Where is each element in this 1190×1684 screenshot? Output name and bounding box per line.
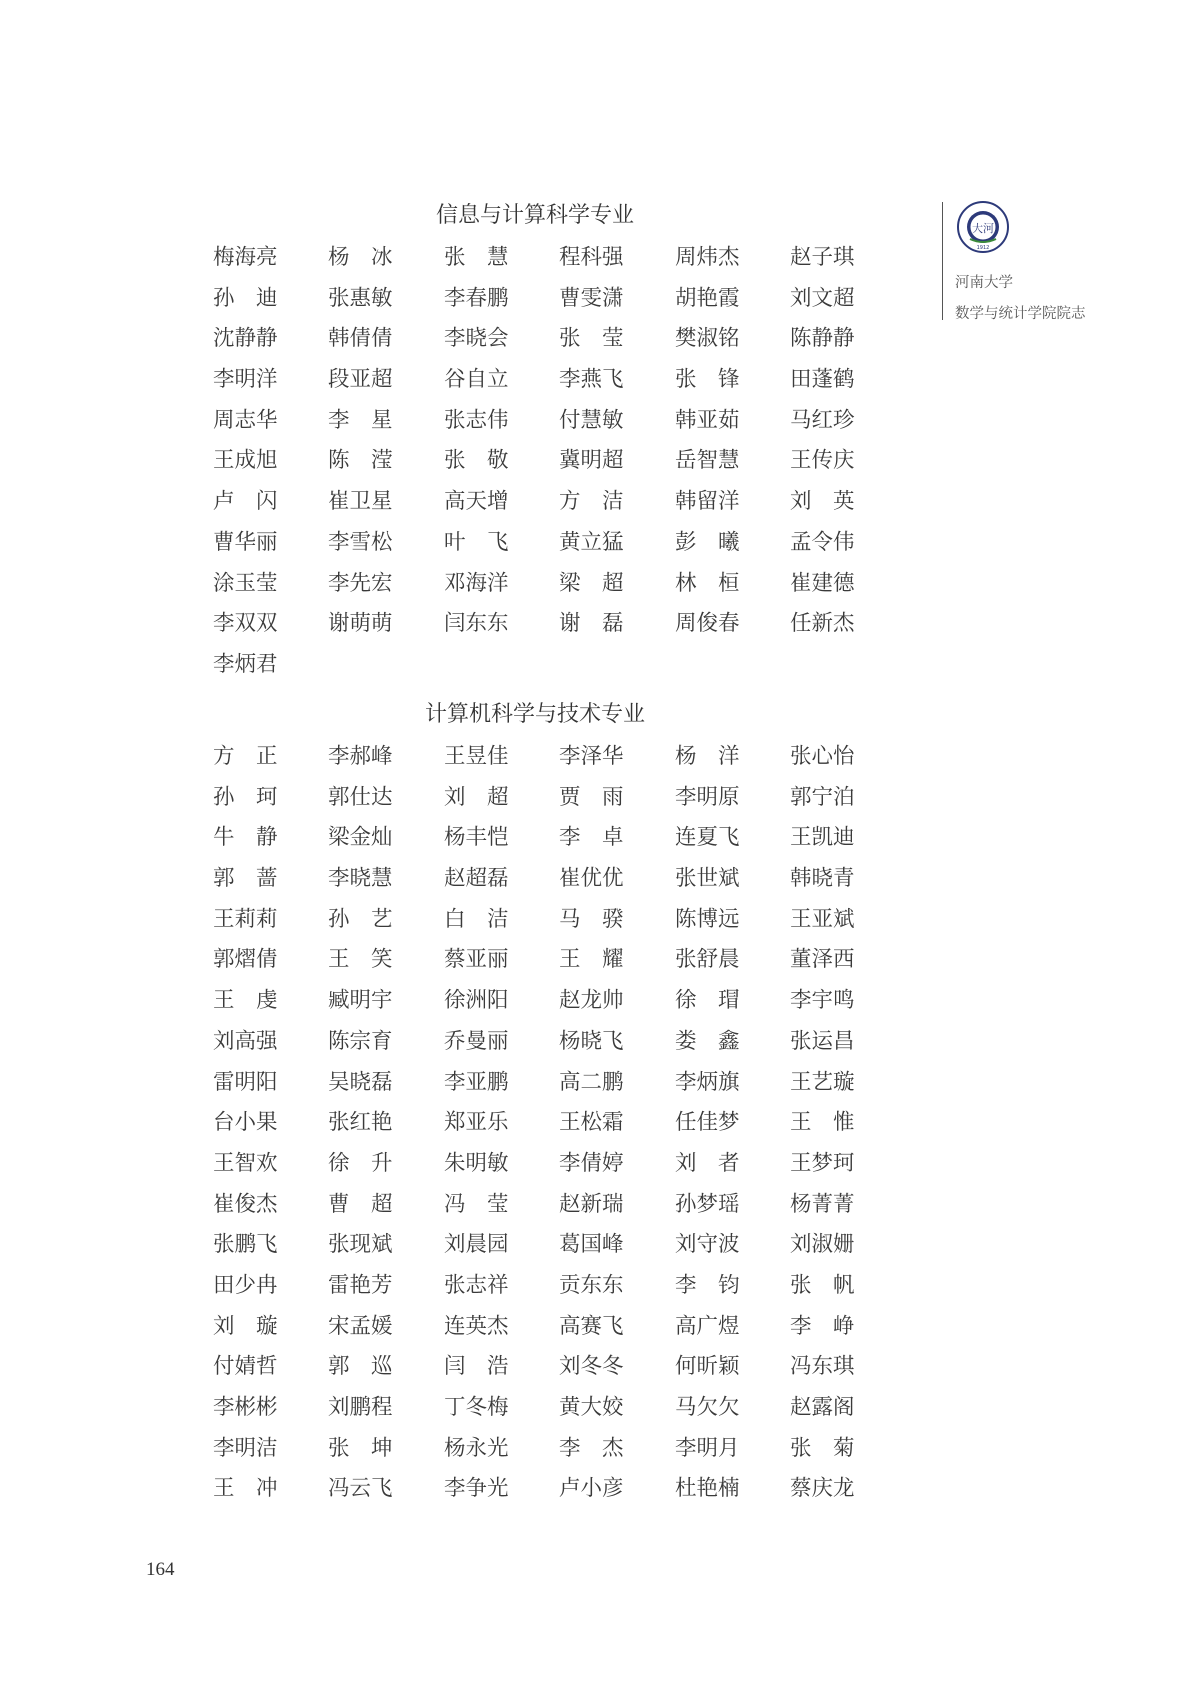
- student-name: 王 冲: [213, 1476, 283, 1502]
- student-name: 郑亚乐: [444, 1110, 514, 1136]
- student-name: 臧明宇: [328, 988, 398, 1014]
- student-name: 赵龙帅: [559, 988, 629, 1014]
- student-name: 彭 曦: [675, 530, 745, 556]
- student-name: 赵子琪: [790, 245, 860, 271]
- student-name: 李宇鸣: [790, 988, 860, 1014]
- student-name: 邓海洋: [444, 571, 514, 597]
- student-name: 杨永光: [444, 1436, 514, 1462]
- svg-text:1912: 1912: [977, 245, 990, 251]
- student-name: 马欠欠: [675, 1395, 745, 1421]
- student-name: 李燕飞: [559, 367, 629, 393]
- student-name: 田蓬鹤: [790, 367, 860, 393]
- student-name: 梁金灿: [328, 825, 398, 851]
- student-name: 韩晓青: [790, 866, 860, 892]
- student-name: 雷明阳: [213, 1070, 283, 1096]
- student-name: 张红艳: [328, 1110, 398, 1136]
- student-name: 周俊春: [675, 611, 745, 637]
- student-name: 马红珍: [790, 408, 860, 434]
- student-name: 王智欢: [213, 1151, 283, 1177]
- student-name: 王 惟: [790, 1110, 860, 1136]
- student-name: 刘淑姗: [790, 1232, 860, 1258]
- student-name: 李 钧: [675, 1273, 745, 1299]
- student-name: 李明原: [675, 785, 745, 811]
- student-name: 王凯迪: [790, 825, 860, 851]
- student-name: 白 洁: [444, 907, 514, 933]
- student-name: 李晓慧: [328, 866, 398, 892]
- student-name: 宋孟媛: [328, 1314, 398, 1340]
- student-name: 张 菊: [790, 1436, 860, 1462]
- student-name: 葛国峰: [559, 1232, 629, 1258]
- student-name: 李明洁: [213, 1436, 283, 1462]
- student-name: 吴晓磊: [328, 1070, 398, 1096]
- student-name: 杨 冰: [328, 245, 398, 271]
- student-name: 何昕颖: [675, 1354, 745, 1380]
- student-name: 李春鹏: [444, 286, 514, 312]
- student-name: 李炳君: [213, 652, 283, 678]
- student-name: 张运昌: [790, 1029, 860, 1055]
- student-name: 孙 艺: [328, 907, 398, 933]
- student-name: 李 杰: [559, 1436, 629, 1462]
- student-name: 徐洲阳: [444, 988, 514, 1014]
- student-name: 张舒晨: [675, 947, 745, 973]
- student-name: 冯云飞: [328, 1476, 398, 1502]
- student-name: 张 帆: [790, 1273, 860, 1299]
- student-name: 徐 瑁: [675, 988, 745, 1014]
- student-name: 叶 飞: [444, 530, 514, 556]
- student-name: 孟令伟: [790, 530, 860, 556]
- student-name: 张世斌: [675, 866, 745, 892]
- student-name: 崔建德: [790, 571, 860, 597]
- student-name: 曹 超: [328, 1192, 398, 1218]
- student-name: 李彬彬: [213, 1395, 283, 1421]
- student-name: 闫东东: [444, 611, 514, 637]
- student-name: 程科强: [559, 245, 629, 271]
- student-name: 张 坤: [328, 1436, 398, 1462]
- student-name: 朱明敏: [444, 1151, 514, 1177]
- student-name: 陈静静: [790, 326, 860, 352]
- student-name: 梅海亮: [213, 245, 283, 271]
- student-name: 蔡庆龙: [790, 1476, 860, 1502]
- student-name: 王成旭: [213, 448, 283, 474]
- student-name: 陈 滢: [328, 448, 398, 474]
- student-name: 王莉莉: [213, 907, 283, 933]
- student-name: 闫 浩: [444, 1354, 514, 1380]
- student-name: 王传庆: [790, 448, 860, 474]
- sidebar-book-title: 数学与统计学院院志: [955, 302, 1086, 323]
- student-name: 张惠敏: [328, 286, 398, 312]
- student-name: 韩留洋: [675, 489, 745, 515]
- student-name: 田少冉: [213, 1273, 283, 1299]
- student-name: 蔡亚丽: [444, 947, 514, 973]
- student-name: 付婧哲: [213, 1354, 283, 1380]
- section-title-computer-science: 计算机科学与技术专业: [0, 697, 1070, 728]
- student-name: 方 正: [213, 744, 283, 770]
- student-name: 牛 静: [213, 825, 283, 851]
- student-name: 岳智慧: [675, 448, 745, 474]
- student-name: 郭 巡: [328, 1354, 398, 1380]
- student-name: 刘 璇: [213, 1314, 283, 1340]
- student-name: 王昱佳: [444, 744, 514, 770]
- student-name: 高赛飞: [559, 1314, 629, 1340]
- student-name: 张 敬: [444, 448, 514, 474]
- student-name: 任新杰: [790, 611, 860, 637]
- student-name: 卢 闪: [213, 489, 283, 515]
- student-name: 王亚斌: [790, 907, 860, 933]
- student-name: 樊淑铭: [675, 326, 745, 352]
- student-name: 赵超磊: [444, 866, 514, 892]
- student-name: 李明月: [675, 1436, 745, 1462]
- student-name: 张现斌: [328, 1232, 398, 1258]
- student-name: 谢 磊: [559, 611, 629, 637]
- student-name: 林 桓: [675, 571, 745, 597]
- student-name: 张志祥: [444, 1273, 514, 1299]
- student-name: 孙梦瑶: [675, 1192, 745, 1218]
- student-name: 胡艳霞: [675, 286, 745, 312]
- student-name: 曹雯潇: [559, 286, 629, 312]
- student-name: 张志伟: [444, 408, 514, 434]
- student-name: 李亚鹏: [444, 1070, 514, 1096]
- student-name: 张鹏飞: [213, 1232, 283, 1258]
- student-name: 冀明超: [559, 448, 629, 474]
- student-name: 李 卓: [559, 825, 629, 851]
- student-name: 赵新瑞: [559, 1192, 629, 1218]
- student-name: 李 星: [328, 408, 398, 434]
- student-name: 张 莹: [559, 326, 629, 352]
- student-name: 丁冬梅: [444, 1395, 514, 1421]
- student-name: 陈宗育: [328, 1029, 398, 1055]
- student-name: 李先宏: [328, 571, 398, 597]
- student-name: 王 虔: [213, 988, 283, 1014]
- student-name: 乔曼丽: [444, 1029, 514, 1055]
- student-name: 张 慧: [444, 245, 514, 271]
- student-name: 刘文超: [790, 286, 860, 312]
- student-name: 刘鹏程: [328, 1395, 398, 1421]
- student-name: 涂玉莹: [213, 571, 283, 597]
- student-name: 黄立猛: [559, 530, 629, 556]
- student-name: 周志华: [213, 408, 283, 434]
- student-name: 李争光: [444, 1476, 514, 1502]
- student-name: 杜艳楠: [675, 1476, 745, 1502]
- student-name: 杨丰恺: [444, 825, 514, 851]
- student-name: 高二鹏: [559, 1070, 629, 1096]
- student-name: 李倩婷: [559, 1151, 629, 1177]
- student-name: 刘 超: [444, 785, 514, 811]
- student-name: 沈静静: [213, 326, 283, 352]
- student-name: 冯东琪: [790, 1354, 860, 1380]
- student-name: 孙 珂: [213, 785, 283, 811]
- student-name: 赵露阁: [790, 1395, 860, 1421]
- student-name: 李炳旗: [675, 1070, 745, 1096]
- student-name: 周炜杰: [675, 245, 745, 271]
- student-name: 郭宁泊: [790, 785, 860, 811]
- student-name: 黄大姣: [559, 1395, 629, 1421]
- student-name: 刘晨园: [444, 1232, 514, 1258]
- student-name: 徐 升: [328, 1151, 398, 1177]
- student-name: 谷自立: [444, 367, 514, 393]
- student-name: 冯 莹: [444, 1192, 514, 1218]
- student-name: 梁 超: [559, 571, 629, 597]
- student-name: 贡东东: [559, 1273, 629, 1299]
- student-name: 雷艳芳: [328, 1273, 398, 1299]
- student-name: 韩倩倩: [328, 326, 398, 352]
- section-title-info-computing: 信息与计算科学专业: [0, 198, 1070, 229]
- student-name: 付慧敏: [559, 408, 629, 434]
- student-name: 郭熠倩: [213, 947, 283, 973]
- student-name: 李泽华: [559, 744, 629, 770]
- student-name: 马 骙: [559, 907, 629, 933]
- student-name: 谢萌萌: [328, 611, 398, 637]
- student-name: 杨 洋: [675, 744, 745, 770]
- student-name: 台小果: [213, 1110, 283, 1136]
- student-name: 刘 英: [790, 489, 860, 515]
- student-name: 方 洁: [559, 489, 629, 515]
- student-name: 李明洋: [213, 367, 283, 393]
- student-name: 李 峥: [790, 1314, 860, 1340]
- student-name: 连英杰: [444, 1314, 514, 1340]
- student-name: 高天增: [444, 489, 514, 515]
- student-name: 郭 蔷: [213, 866, 283, 892]
- student-name: 韩亚茹: [675, 408, 745, 434]
- student-name: 王 耀: [559, 947, 629, 973]
- student-name: 王 笑: [328, 947, 398, 973]
- student-name: 王梦珂: [790, 1151, 860, 1177]
- page-number: 164: [146, 1559, 175, 1581]
- student-name: 娄 鑫: [675, 1029, 745, 1055]
- student-name: 段亚超: [328, 367, 398, 393]
- student-name: 李郝峰: [328, 744, 398, 770]
- student-name: 杨晓飞: [559, 1029, 629, 1055]
- student-name: 任佳梦: [675, 1110, 745, 1136]
- student-name: 张心怡: [790, 744, 860, 770]
- student-name: 董泽西: [790, 947, 860, 973]
- student-name: 李雪松: [328, 530, 398, 556]
- student-name: 崔卫星: [328, 489, 398, 515]
- student-name: 李双双: [213, 611, 283, 637]
- student-name: 贾 雨: [559, 785, 629, 811]
- student-name: 曹华丽: [213, 530, 283, 556]
- student-name: 高广煜: [675, 1314, 745, 1340]
- student-name: 刘守波: [675, 1232, 745, 1258]
- student-name: 张 锋: [675, 367, 745, 393]
- student-name: 连夏飞: [675, 825, 745, 851]
- student-name: 崔俊杰: [213, 1192, 283, 1218]
- student-name: 陈博远: [675, 907, 745, 933]
- student-name: 王松霜: [559, 1110, 629, 1136]
- student-name: 杨菁菁: [790, 1192, 860, 1218]
- student-name: 郭仕达: [328, 785, 398, 811]
- student-name: 刘 者: [675, 1151, 745, 1177]
- student-name: 孙 迪: [213, 286, 283, 312]
- student-name: 刘冬冬: [559, 1354, 629, 1380]
- student-name: 崔优优: [559, 866, 629, 892]
- sidebar-university: 河南大学: [955, 271, 1013, 292]
- student-name: 刘高强: [213, 1029, 283, 1055]
- student-name: 王艺璇: [790, 1070, 860, 1096]
- student-name: 卢小彦: [559, 1476, 629, 1502]
- student-name: 李晓会: [444, 326, 514, 352]
